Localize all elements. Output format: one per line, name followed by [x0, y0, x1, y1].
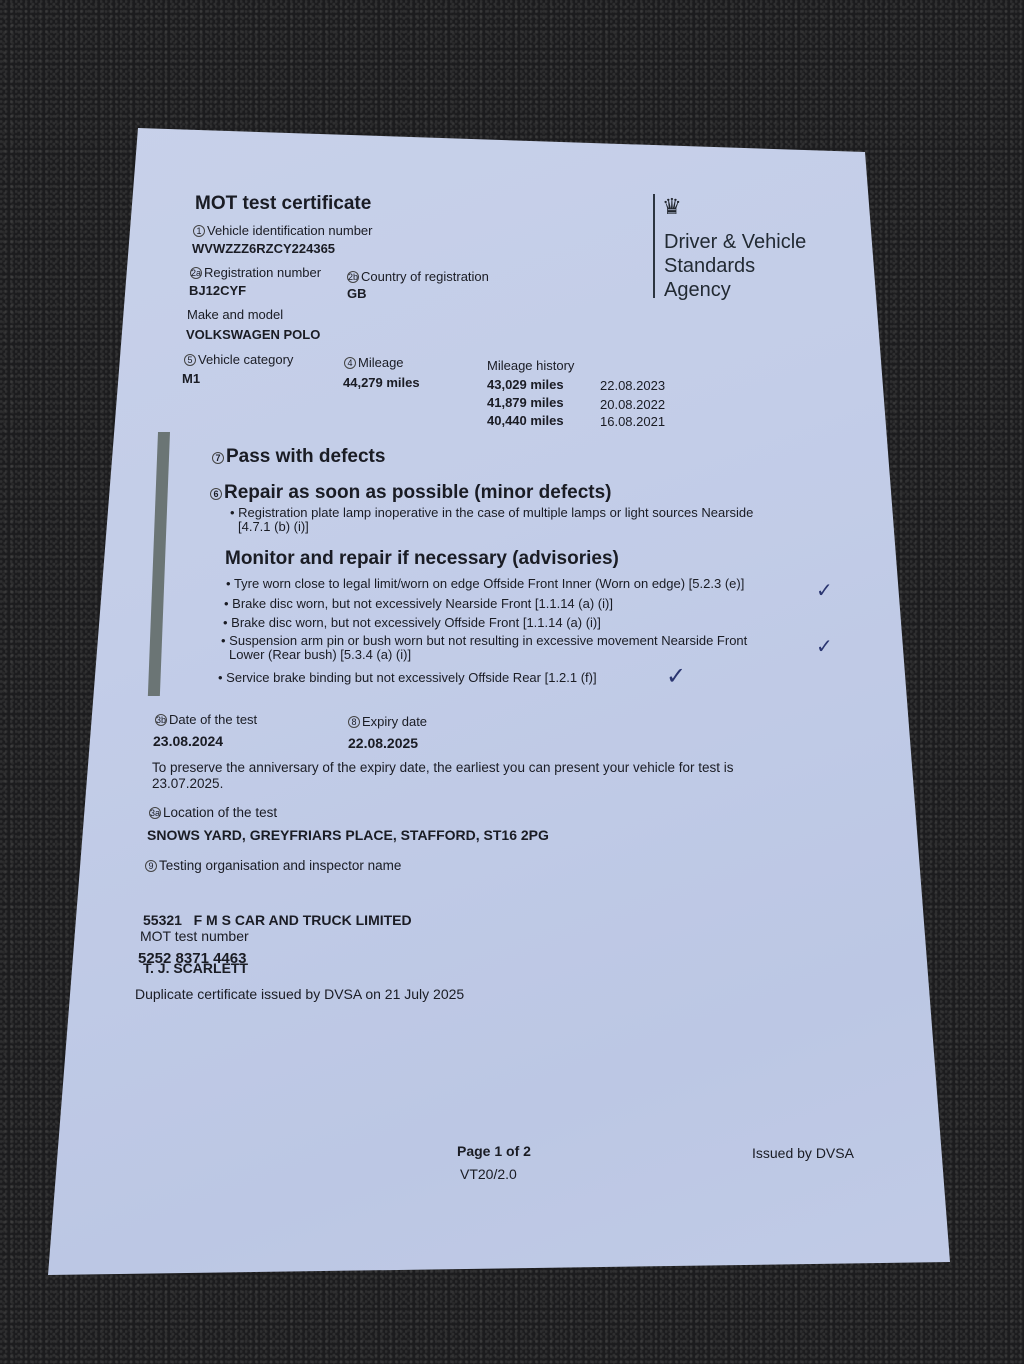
test-result: 7Pass with defects	[212, 446, 385, 468]
logo-divider	[653, 194, 655, 298]
page-number: Page 1 of 2	[457, 1143, 531, 1159]
advisory-text: Service brake binding but not excessivel…	[226, 670, 596, 685]
anniversary-note-line-1: To preserve the anniversary of the expir…	[152, 760, 734, 776]
organisation-name: 55321 F M S CAR AND TRUCK LIMITED	[143, 912, 412, 928]
mileage-label-text: Mileage	[358, 355, 404, 370]
agency-name: Driver & Vehicle Standards Agency	[664, 230, 806, 302]
issuer: Issued by DVSA	[752, 1145, 854, 1161]
advisory-item: • Suspension arm pin or bush worn but no…	[221, 634, 747, 662]
test-date-label: 3bDate of the test	[155, 712, 257, 727]
advisory-item: • Tyre worn close to legal limit/worn on…	[226, 576, 744, 591]
expiry-date-label-text: Expiry date	[362, 714, 427, 729]
advisory-item: • Brake disc worn, but not excessively N…	[224, 596, 613, 611]
agency-line-1: Driver & Vehicle	[664, 230, 806, 254]
advisory-text: Tyre worn close to legal limit/worn on e…	[234, 576, 744, 591]
checkmark-icon: ✓	[816, 578, 833, 602]
vin-label-text: Vehicle identification number	[207, 223, 373, 238]
mileage-history-miles: 41,879 miles	[487, 395, 564, 410]
country-label: 2bCountry of registration	[347, 269, 489, 284]
location-label-text: Location of the test	[163, 805, 277, 820]
anniversary-note: To preserve the anniversary of the expir…	[152, 760, 734, 792]
ref-number: 4	[344, 357, 356, 369]
expiry-date-label: 8Expiry date	[348, 714, 427, 729]
test-number-label: MOT test number	[140, 928, 249, 944]
mileage-history-date: 20.08.2022	[600, 397, 665, 412]
mileage-label: 4Mileage	[344, 355, 404, 370]
minor-defects-heading-text: Repair as soon as possible (minor defect…	[224, 482, 612, 503]
agency-line-3: Agency	[664, 278, 806, 302]
agency-line-2: Standards	[664, 254, 806, 278]
advisories-heading: Monitor and repair if necessary (advisor…	[225, 548, 619, 570]
minor-defect-item: • Registration plate lamp inoperative in…	[230, 506, 753, 534]
ref-number: 5	[184, 354, 196, 366]
defect-ref: [4.7.1 (b) (i)]	[230, 520, 753, 534]
checkmark-icon: ✓	[666, 662, 686, 690]
category-label-text: Vehicle category	[198, 352, 293, 367]
ref-number: 9	[145, 860, 157, 872]
advisory-item: • Service brake binding but not excessiv…	[218, 670, 597, 685]
checkmark-icon: ✓	[816, 634, 833, 658]
category-value: M1	[182, 371, 200, 386]
organisation-label: 9Testing organisation and inspector name	[145, 858, 401, 873]
result-sidebar-bar	[148, 432, 170, 696]
registration-value: BJ12CYF	[189, 283, 246, 298]
organisation-label-text: Testing organisation and inspector name	[159, 858, 401, 873]
mileage-history-date: 16.08.2021	[600, 414, 665, 429]
ref-number: 3b	[155, 714, 167, 726]
ref-number: 2a	[190, 267, 202, 279]
mileage-history-date: 22.08.2023	[600, 378, 665, 393]
vin-label: 1Vehicle identification number	[193, 223, 373, 238]
category-label: 5Vehicle category	[184, 352, 293, 367]
ref-number: 1	[193, 225, 205, 237]
ref-number: 2b	[347, 271, 359, 283]
vin-value: WVWZZZ6RZCY224365	[192, 241, 335, 256]
test-number-value: 5252 8371 4463	[138, 950, 246, 967]
test-date-label-text: Date of the test	[169, 712, 257, 727]
mot-certificate: MOT test certificate ♛ Driver & Vehicle …	[0, 0, 1024, 1364]
duplicate-note: Duplicate certificate issued by DVSA on …	[135, 986, 464, 1002]
mileage-history-label: Mileage history	[487, 358, 574, 373]
advisory-text: Brake disc worn, but not excessively Off…	[231, 615, 601, 630]
registration-label: 2aRegistration number	[190, 265, 321, 280]
advisory-text: Brake disc worn, but not excessively Nea…	[232, 596, 613, 611]
defect-text: Registration plate lamp inoperative in t…	[238, 505, 753, 520]
make-model-value: VOLKSWAGEN POLO	[186, 327, 320, 342]
country-value: GB	[347, 286, 367, 301]
form-code: VT20/2.0	[460, 1166, 517, 1182]
location-label: 3aLocation of the test	[149, 805, 277, 820]
advisory-item: • Brake disc worn, but not excessively O…	[223, 615, 601, 630]
anniversary-note-line-2: 23.07.2025.	[152, 776, 734, 792]
make-model-label: Make and model	[187, 307, 283, 322]
minor-defects-heading: 6Repair as soon as possible (minor defec…	[210, 482, 612, 504]
country-label-text: Country of registration	[361, 269, 489, 284]
ref-number: 7	[212, 452, 224, 464]
test-date-value: 23.08.2024	[153, 733, 223, 749]
mileage-value: 44,279 miles	[343, 375, 420, 390]
registration-label-text: Registration number	[204, 265, 321, 280]
test-result-text: Pass with defects	[226, 446, 385, 467]
mileage-history-miles: 43,029 miles	[487, 377, 564, 392]
expiry-date-value: 22.08.2025	[348, 735, 418, 751]
royal-crest-icon: ♛	[662, 194, 682, 220]
location-value: SNOWS YARD, GREYFRIARS PLACE, STAFFORD, …	[147, 827, 549, 843]
ref-number: 3a	[149, 807, 161, 819]
advisory-text-cont: Lower (Rear bush) [5.3.4 (a) (i)]	[221, 648, 747, 662]
mileage-history-miles: 40,440 miles	[487, 413, 564, 428]
advisory-text: Suspension arm pin or bush worn but not …	[229, 633, 747, 648]
document-title: MOT test certificate	[195, 193, 371, 215]
ref-number: 6	[210, 488, 222, 500]
ref-number: 8	[348, 716, 360, 728]
